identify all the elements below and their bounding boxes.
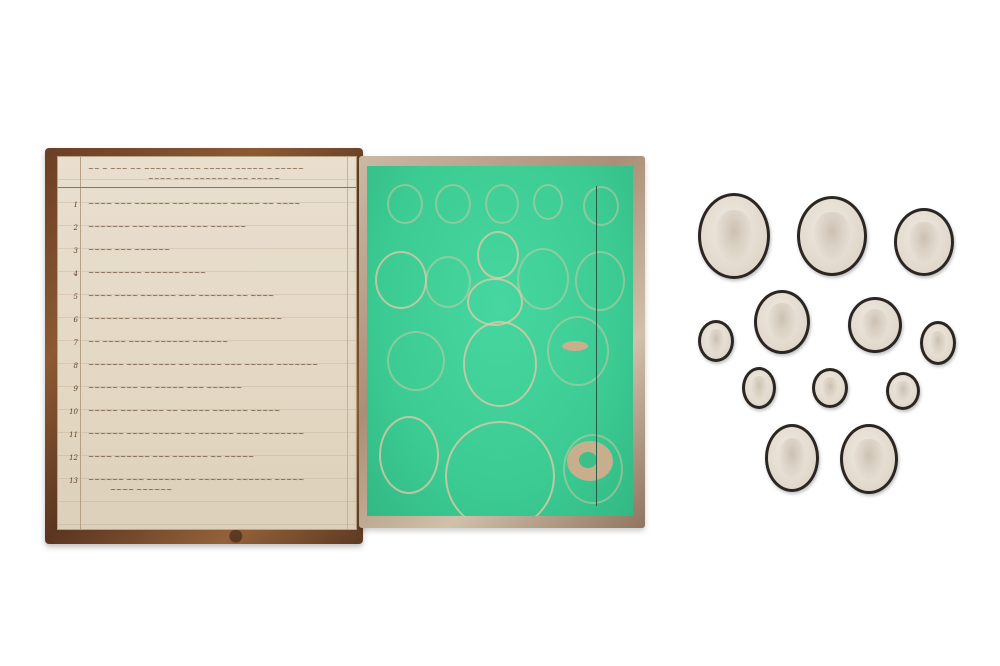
entry-text: ~~~~~~~~~ ~~~~~~ ~~~~ xyxy=(88,268,342,278)
relief-figure xyxy=(930,331,947,355)
empty-socket-ring xyxy=(387,184,423,224)
entry-text: ~~~~~~~ ~~~ ~~~~~~ ~~~ ~~~~~~ xyxy=(88,222,342,232)
empty-socket-ring xyxy=(445,421,555,516)
relief-figure xyxy=(909,222,939,262)
entry-text: ~~~~~ ~~~ ~~~~ ~~ ~~~~~ ~~~~~~ ~~~~~ xyxy=(88,406,342,416)
empty-socket-ring xyxy=(467,278,523,326)
empty-socket-ring xyxy=(379,416,439,494)
entry-number: 10 xyxy=(64,408,78,416)
entry-text: ~~~~~~ ~~~ ~~~~~~ ~~ ~~~~~~ ~~~~~~ ~~~~~ xyxy=(88,475,342,485)
intaglio-oval-10 xyxy=(886,372,920,410)
intaglio-oval-9 xyxy=(812,368,848,408)
empty-socket-ring xyxy=(463,321,537,407)
intaglio-oval-3 xyxy=(894,208,954,276)
intaglio-oval-8 xyxy=(742,367,776,409)
intaglio-oval-6 xyxy=(848,297,902,353)
entry-text: ~~~~~~ ~~~~ ~~~~ ~~ ~~~~~ ~~~ ~~~~~ ~~~~… xyxy=(88,360,342,370)
entry-text-continued: ~~~~ ~~~~~~ xyxy=(110,485,172,495)
plaster-residue-stain xyxy=(562,341,588,351)
relief-figure xyxy=(822,377,839,399)
catalogue-entry: 9~~~~~ ~~~ ~~ ~~~~~ ~~~ ~~~~~~ xyxy=(58,379,356,402)
entry-number: 8 xyxy=(64,362,78,370)
empty-socket-ring xyxy=(387,331,445,391)
intaglio-oval-12 xyxy=(840,424,898,494)
relief-figure xyxy=(708,329,725,352)
empty-socket-ring xyxy=(547,316,609,386)
book-box-tray xyxy=(359,156,645,528)
entry-text: ~~~~~ ~~~ ~~ ~~~~~ ~~~ ~~~~~~ xyxy=(88,383,342,393)
relief-figure xyxy=(814,212,850,259)
catalogue-entry: 11~~~~~~ ~~~~ ~~~~~ ~~ ~~~~~~ ~~~~ ~~~~~… xyxy=(58,425,356,448)
relief-figure xyxy=(895,381,911,401)
catalogue-entry: 10~~~~~ ~~~ ~~~~ ~~ ~~~~~ ~~~~~~ ~~~~~ xyxy=(58,402,356,425)
relief-figure xyxy=(751,376,767,399)
intaglio-oval-2 xyxy=(797,196,867,276)
empty-socket-ring xyxy=(583,186,619,226)
header-rule xyxy=(58,187,356,188)
catalogue-page: ~~ ~ ~~~ ~~ ~~~~ ~ ~~~~ ~~~~~ ~~~~~ ~ ~~… xyxy=(57,156,357,530)
entry-text: ~~~~~~~ ~~~~~~~ ~~~ ~~~~~~ ~~~~~~~~ xyxy=(88,314,342,324)
entry-number: 3 xyxy=(64,247,78,255)
entry-text: ~~ ~~~~ ~~~~ ~~~~~~ ~~~~~~ xyxy=(88,337,342,347)
catalogue-entry: 13~~~~~~ ~~~ ~~~~~~ ~~ ~~~~~~ ~~~~~~ ~~~… xyxy=(58,471,356,501)
empty-socket-ring xyxy=(477,231,519,279)
empty-socket-ring xyxy=(533,184,563,220)
empty-socket-ring xyxy=(375,251,427,309)
book-box-lid: ~~ ~ ~~~ ~~ ~~~~ ~ ~~~~ ~~~~~ ~~~~~ ~ ~~… xyxy=(45,148,363,544)
relief-figure xyxy=(768,303,796,340)
empty-socket-ring xyxy=(425,256,471,308)
photo-scene: ~~ ~ ~~~ ~~ ~~~~ ~ ~~~~ ~~~~~ ~~~~~ ~ ~~… xyxy=(0,0,1000,666)
intaglio-oval-11 xyxy=(765,424,819,492)
entry-number: 5 xyxy=(64,293,78,301)
entry-text: ~~~~ ~~~ ~~~~~~ ~~~ ~~~~~~ ~~~~~ ~~ ~~~~ xyxy=(88,199,342,209)
entry-number: 4 xyxy=(64,270,78,278)
catalogue-title-line-2: ~~~~ ~~~ ~~~~~~ ~~~ ~~~~~ xyxy=(148,175,342,184)
entry-text: ~~~~ ~~~ ~~~~~~ xyxy=(88,245,342,255)
green-tray-interior xyxy=(367,166,633,516)
catalogue-entry: 3~~~~ ~~~ ~~~~~~ xyxy=(58,241,356,264)
empty-socket-ring xyxy=(435,184,471,224)
relief-figure xyxy=(716,210,753,261)
intaglio-oval-4 xyxy=(698,320,734,362)
catalogue-entry: 5~~~~ ~~~~ ~~~~~~ ~~~ ~~~~~~ ~~ ~~~~ xyxy=(58,287,356,310)
intaglio-oval-7 xyxy=(920,321,956,365)
relief-figure xyxy=(862,309,889,341)
entry-number: 7 xyxy=(64,339,78,347)
empty-socket-ring xyxy=(517,248,569,310)
empty-socket-ring xyxy=(575,251,625,311)
catalogue-entry: 6~~~~~~~ ~~~~~~~ ~~~ ~~~~~~ ~~~~~~~~ xyxy=(58,310,356,333)
intaglio-oval-1 xyxy=(698,193,770,279)
entry-number: 6 xyxy=(64,316,78,324)
green-spot xyxy=(579,452,597,468)
relief-figure xyxy=(779,438,806,478)
catalogue-entry: 12~~~~ ~~~~~~ ~~~ ~~~~~~ ~~ ~~~~~ xyxy=(58,448,356,471)
catalogue-title-line-1: ~~ ~ ~~~ ~~ ~~~~ ~ ~~~~ ~~~~~ ~~~~~ ~ ~~… xyxy=(88,165,342,174)
entry-text: ~~~~~~ ~~~~ ~~~~~ ~~ ~~~~~~ ~~~~ ~~~~~~~ xyxy=(88,429,342,439)
catalogue-entry: 4~~~~~~~~~ ~~~~~~ ~~~~ xyxy=(58,264,356,287)
entry-number: 2 xyxy=(64,224,78,232)
catalogue-entries: 1~~~~ ~~~ ~~~~~~ ~~~ ~~~~~~ ~~~~~ ~~ ~~~… xyxy=(58,195,356,501)
entry-number: 11 xyxy=(64,431,78,439)
intaglio-oval-5 xyxy=(754,290,810,354)
entry-number: 9 xyxy=(64,385,78,393)
catalogue-entry: 8~~~~~~ ~~~~ ~~~~ ~~ ~~~~~ ~~~ ~~~~~ ~~~… xyxy=(58,356,356,379)
catalogue-entry: 7~~ ~~~~ ~~~~ ~~~~~~ ~~~~~~ xyxy=(58,333,356,356)
entry-number: 12 xyxy=(64,454,78,462)
relief-figure xyxy=(854,439,883,480)
entry-number: 1 xyxy=(64,201,78,209)
empty-socket-ring xyxy=(485,184,519,224)
catalogue-entry: 1~~~~ ~~~ ~~~~~~ ~~~ ~~~~~~ ~~~~~ ~~ ~~~… xyxy=(58,195,356,218)
entry-number: 13 xyxy=(64,477,78,485)
catalogue-entry: 2~~~~~~~ ~~~ ~~~~~~ ~~~ ~~~~~~ xyxy=(58,218,356,241)
tray-crack xyxy=(596,186,597,506)
entry-text: ~~~~ ~~~~~~ ~~~ ~~~~~~ ~~ ~~~~~ xyxy=(88,452,342,462)
entry-text: ~~~~ ~~~~ ~~~~~~ ~~~ ~~~~~~ ~~ ~~~~ xyxy=(88,291,342,301)
